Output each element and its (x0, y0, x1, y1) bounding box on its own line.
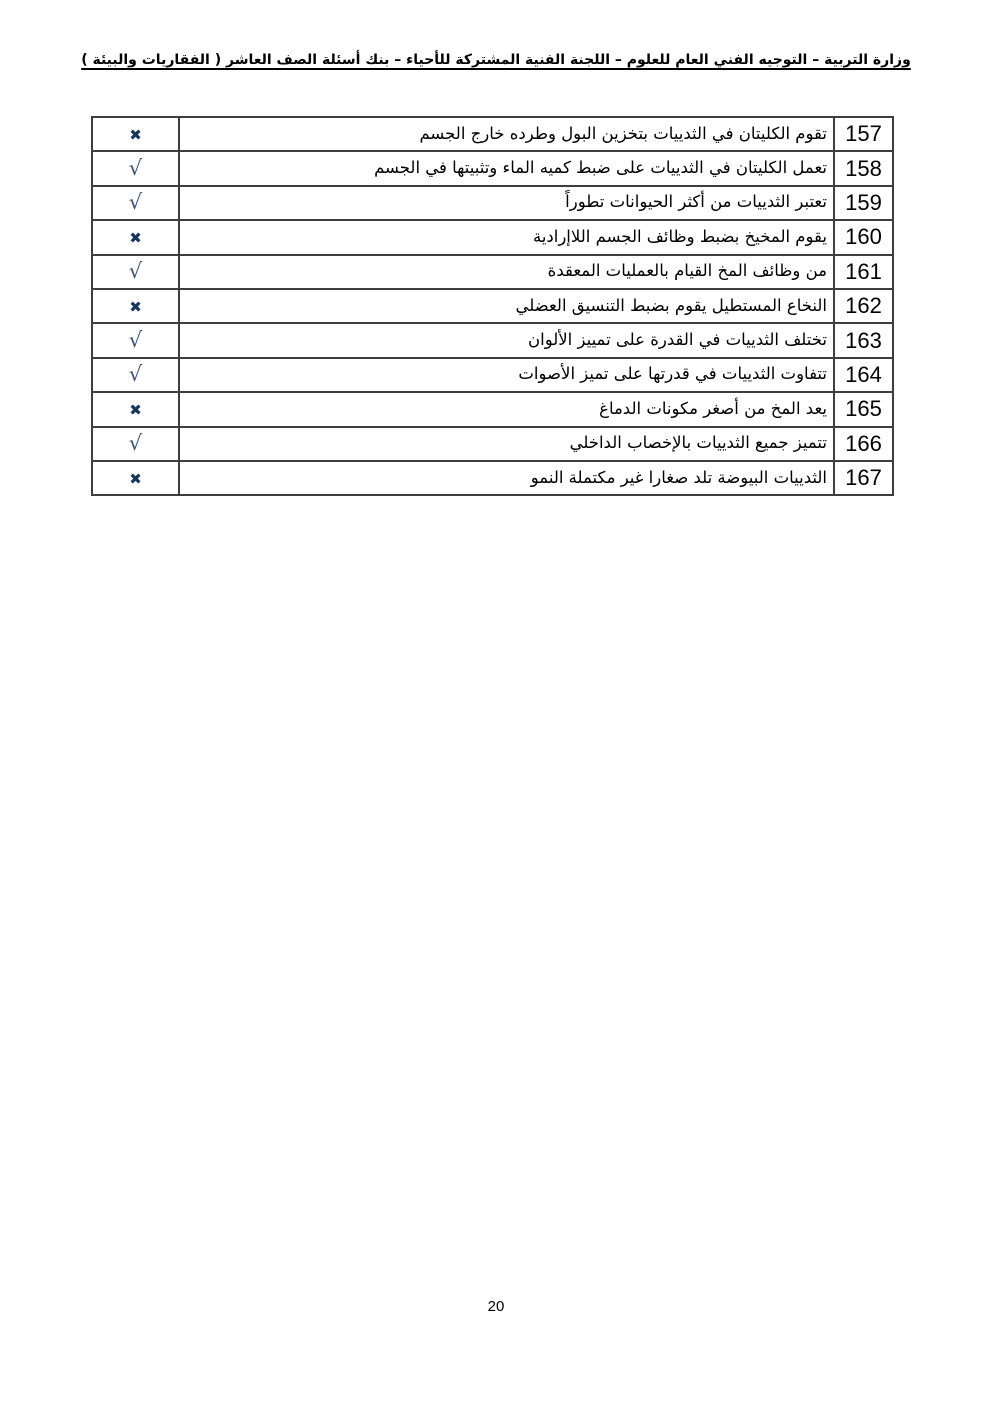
answer-mark-cell: ✖ (92, 289, 179, 323)
questions-table: 157 تقوم الكليتان في الثدييات بتخزين الب… (91, 116, 894, 496)
answer-mark-cell: √ (92, 255, 179, 289)
check-mark-icon: √ (129, 156, 142, 180)
question-number: 158 (834, 151, 893, 185)
answer-mark-cell: √ (92, 427, 179, 461)
question-number: 157 (834, 117, 893, 151)
question-number: 163 (834, 323, 893, 357)
question-number: 161 (834, 255, 893, 289)
answer-mark-cell: ✖ (92, 220, 179, 254)
wrong-mark-icon: ✖ (129, 401, 142, 419)
question-text: يعد المخ من أصغر مكونات الدماغ (179, 392, 834, 426)
wrong-mark-icon: ✖ (129, 298, 142, 316)
check-mark-icon: √ (129, 259, 142, 283)
table-row: 158 تعمل الكليتان في الثدييات على ضبط كم… (92, 151, 893, 185)
check-mark-icon: √ (129, 431, 142, 455)
question-text: تعمل الكليتان في الثدييات على ضبط كميه ا… (179, 151, 834, 185)
document-header-title: وزارة التربية – التوجيه الفني العام للعل… (0, 52, 992, 68)
answer-mark-cell: √ (92, 151, 179, 185)
answer-mark-cell: √ (92, 186, 179, 220)
answer-mark-cell: √ (92, 358, 179, 392)
answer-mark-cell: ✖ (92, 392, 179, 426)
question-number: 166 (834, 427, 893, 461)
table-row: 161 من وظائف المخ القيام بالعمليات المعق… (92, 255, 893, 289)
question-text: يقوم المخيخ بضبط وظائف الجسم اللاإرادية (179, 220, 834, 254)
answer-mark-cell: √ (92, 323, 179, 357)
wrong-mark-icon: ✖ (129, 229, 142, 247)
table-row: 164 تتفاوت الثدييات في قدرتها على تميز ا… (92, 358, 893, 392)
question-text: من وظائف المخ القيام بالعمليات المعقدة (179, 255, 834, 289)
table-row: 160 يقوم المخيخ بضبط وظائف الجسم اللاإرا… (92, 220, 893, 254)
answer-mark-cell: ✖ (92, 461, 179, 495)
table-row: 163 تختلف الثدييات في القدرة على تمييز ا… (92, 323, 893, 357)
page-number: 20 (0, 1298, 992, 1315)
question-number: 162 (834, 289, 893, 323)
table-row: 162 النخاع المستطيل يقوم بضبط التنسيق ال… (92, 289, 893, 323)
table-row: 166 تتميز جميع الثدييات بالإخصاب الداخلي… (92, 427, 893, 461)
question-number: 167 (834, 461, 893, 495)
question-text: تتفاوت الثدييات في قدرتها على تميز الأصو… (179, 358, 834, 392)
question-text: النخاع المستطيل يقوم بضبط التنسيق العضلي (179, 289, 834, 323)
table-row: 157 تقوم الكليتان في الثدييات بتخزين الب… (92, 117, 893, 151)
question-text: تعتبر الثدييات من أكثر الحيوانات تطوراً (179, 186, 834, 220)
question-text: تتميز جميع الثدييات بالإخصاب الداخلي (179, 427, 834, 461)
question-number: 164 (834, 358, 893, 392)
check-mark-icon: √ (129, 328, 142, 352)
question-text: تقوم الكليتان في الثدييات بتخزين البول و… (179, 117, 834, 151)
question-number: 165 (834, 392, 893, 426)
questions-table-body: 157 تقوم الكليتان في الثدييات بتخزين الب… (92, 117, 893, 495)
table-row: 165 يعد المخ من أصغر مكونات الدماغ ✖ (92, 392, 893, 426)
answer-mark-cell: ✖ (92, 117, 179, 151)
wrong-mark-icon: ✖ (129, 126, 142, 144)
check-mark-icon: √ (129, 190, 142, 214)
question-number: 160 (834, 220, 893, 254)
table-row: 167 الثدييات البيوضة تلد صغارا غير مكتمل… (92, 461, 893, 495)
question-text: تختلف الثدييات في القدرة على تمييز الألو… (179, 323, 834, 357)
check-mark-icon: √ (129, 362, 142, 386)
table-row: 159 تعتبر الثدييات من أكثر الحيوانات تطو… (92, 186, 893, 220)
wrong-mark-icon: ✖ (129, 470, 142, 488)
question-number: 159 (834, 186, 893, 220)
question-text: الثدييات البيوضة تلد صغارا غير مكتملة ال… (179, 461, 834, 495)
